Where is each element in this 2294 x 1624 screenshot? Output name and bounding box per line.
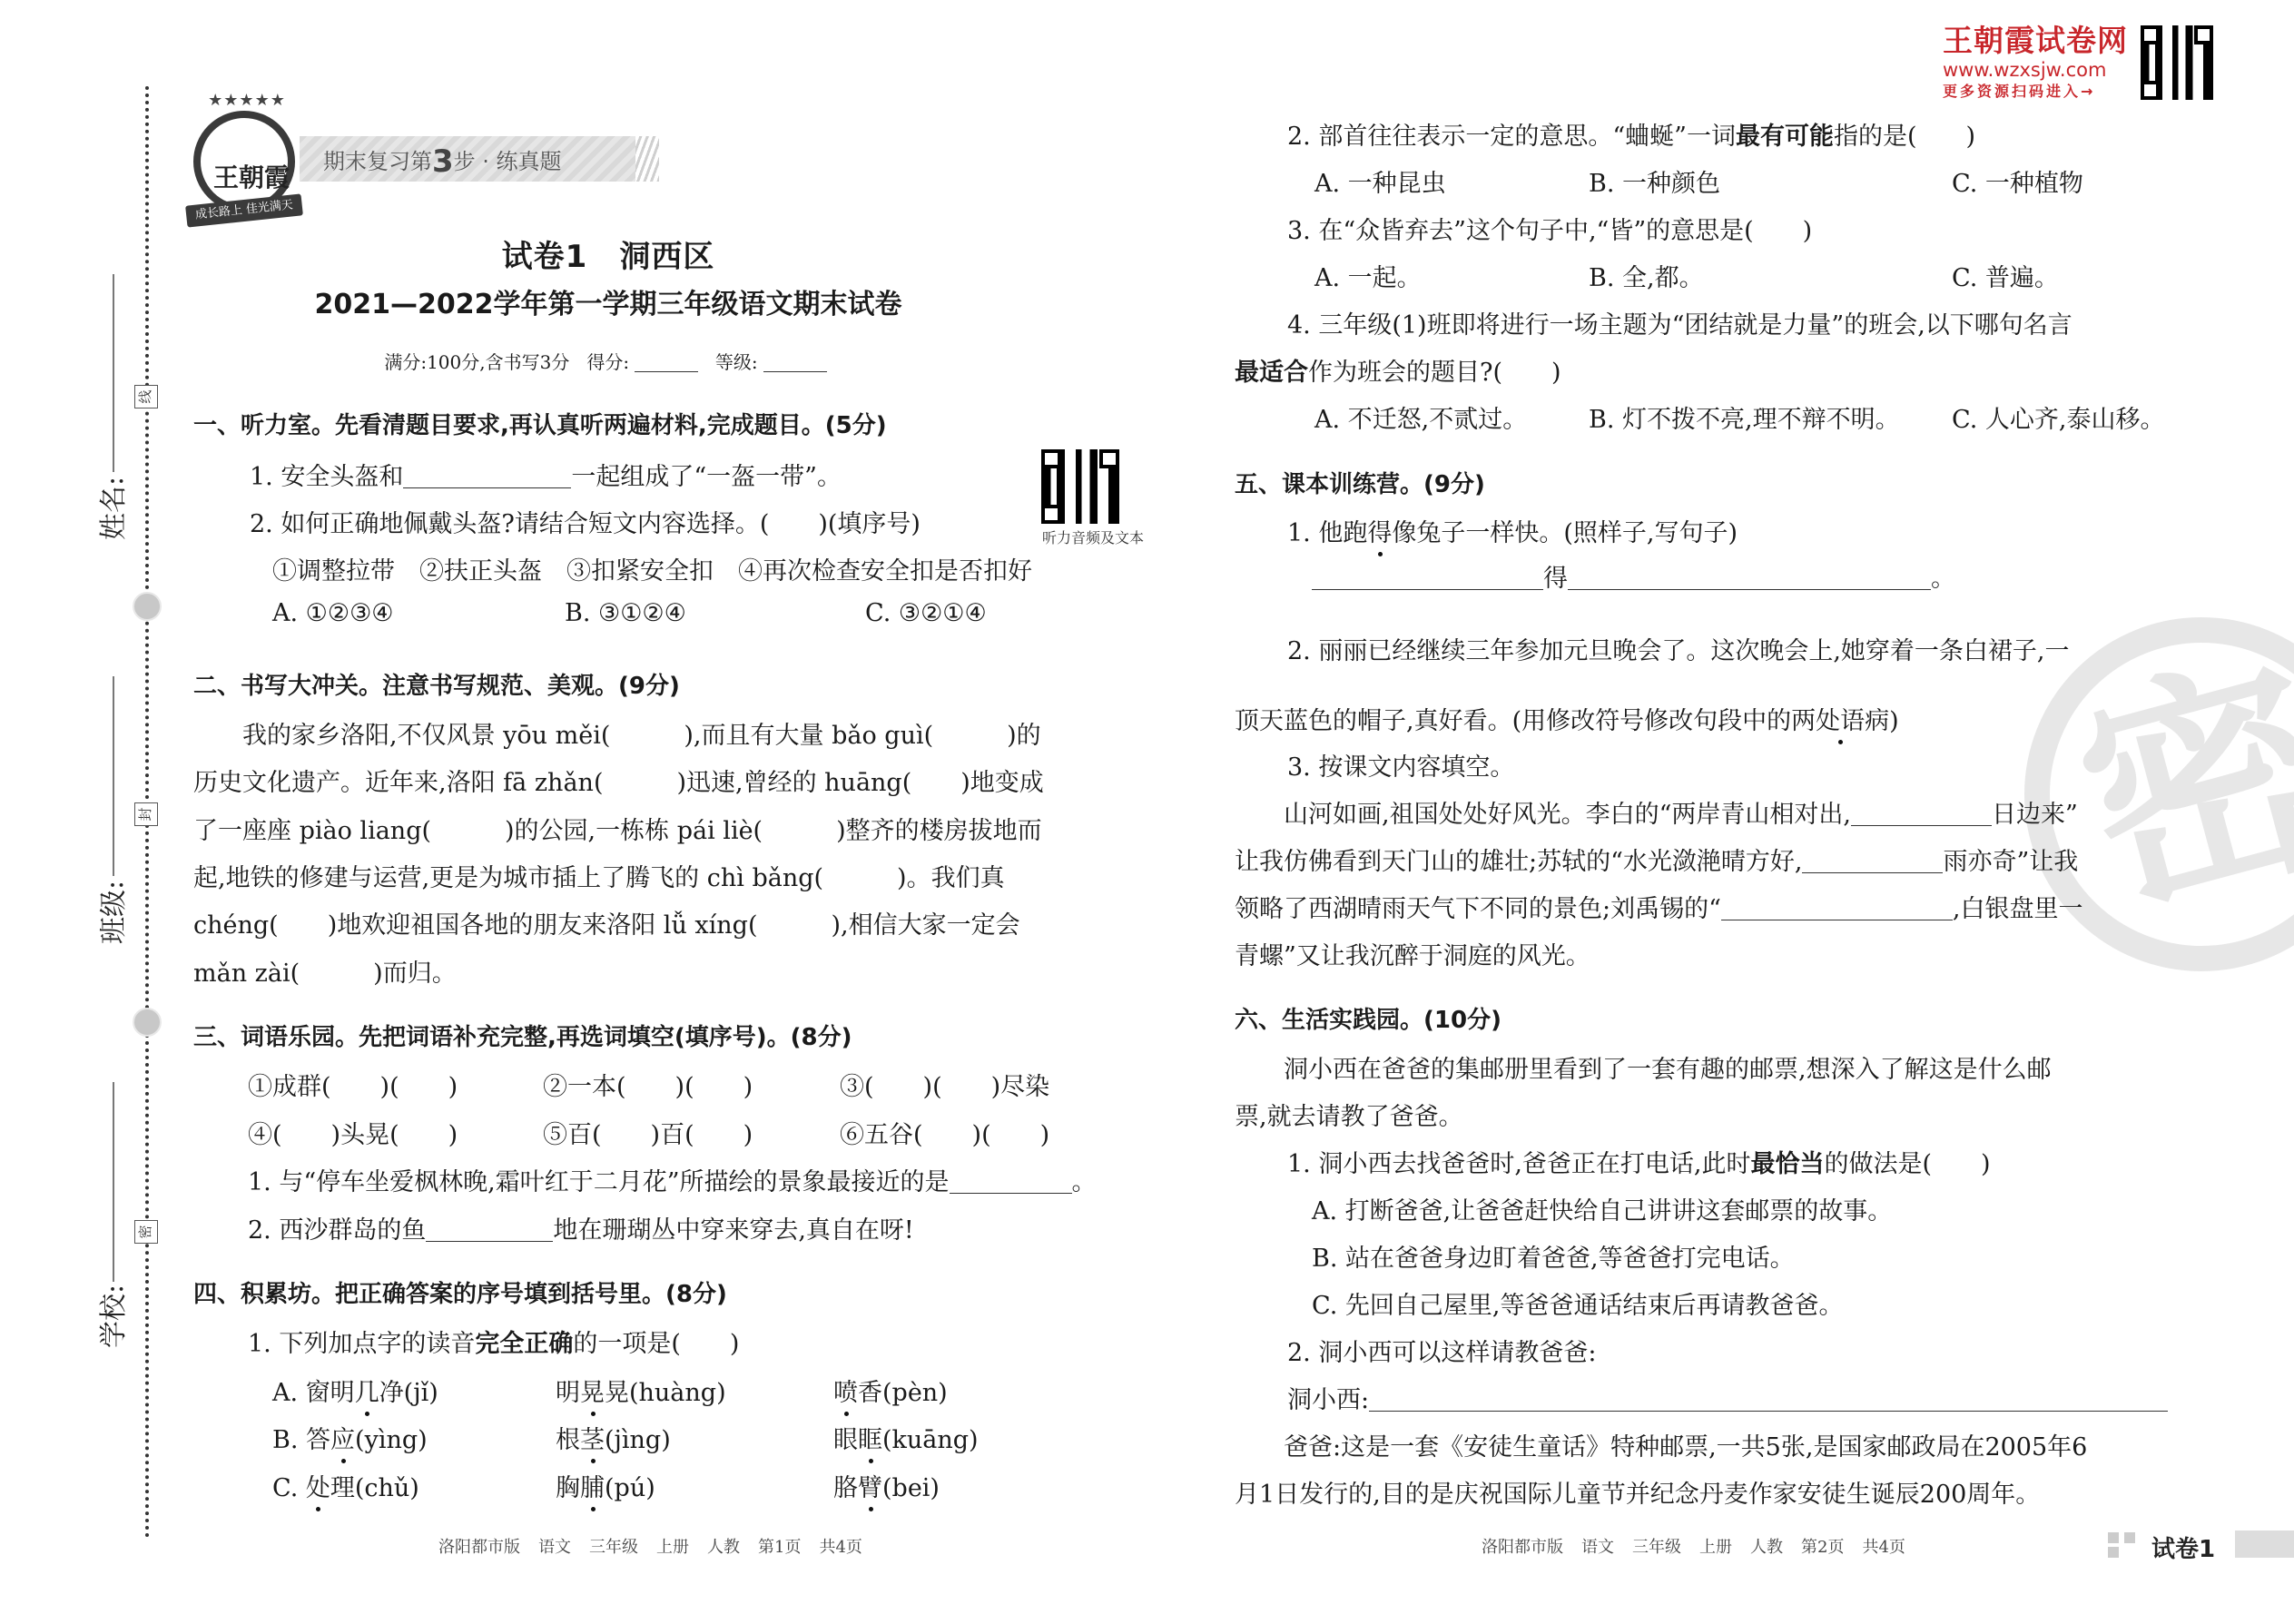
banner-stripes: [635, 136, 659, 182]
dotted-emphasis: 两处语病: [1791, 707, 1889, 735]
s4-row-b-item-3: 眼眶(kuāng): [833, 1420, 979, 1455]
footer-grade: 三年级: [1632, 1538, 1681, 1557]
footer-grade: 三年级: [589, 1538, 638, 1557]
listening-qr-code[interactable]: [1041, 449, 1119, 524]
s4-q2-text: 2. 部首往往表示一定的意思。“蛐蜒”一词: [1287, 123, 1736, 151]
tab-decoration: [2108, 1547, 2119, 1558]
paper-tab-label: 试卷1: [2151, 1530, 2215, 1564]
word-part: 眼: [833, 1426, 858, 1454]
exam-title: 试卷1 洞西区: [0, 231, 1216, 276]
paper-tab: 试卷1: [2108, 1530, 2294, 1561]
s6-dialog-kid: 洞小西:: [1287, 1380, 2168, 1415]
tab-decoration: [2124, 1532, 2135, 1543]
s6-q1-text: 1. 洞小西去找爸爸时,爸爸正在打电话,此时: [1287, 1150, 1751, 1178]
idiom-2[interactable]: ②一本( )( ): [543, 1067, 753, 1102]
banner-prefix: 期末复习第: [323, 149, 432, 174]
qr-finder: [1041, 505, 1061, 524]
s5-question-2-line-1[interactable]: 2. 丽丽已经继续三年参加元旦晚会了。这次晚会上,她穿着一条白裙子,一: [1287, 631, 2070, 666]
s5-q3-l3-text: 领略了西湖晴雨天气下不同的景色;刘禹锡的“: [1235, 895, 1721, 923]
s6-question-2: 2. 洞小西可以这样请教爸爸:: [1287, 1333, 1596, 1368]
idiom-1[interactable]: ①成群( )( ): [248, 1067, 458, 1102]
footer-total: 共4页: [819, 1538, 861, 1557]
s6-intro-2: 票,就去请教了爸爸。: [1235, 1097, 1463, 1132]
s5-q1-mid: 得: [1543, 565, 1568, 593]
footer-page: 第2页: [1801, 1538, 1844, 1557]
brand-qr-code[interactable]: [2141, 25, 2213, 100]
s5-q3-l3-end: ,白银盘里一: [1953, 895, 2083, 923]
s5-question-3: 3. 按课文内容填空。: [1287, 747, 1514, 782]
school-field-line[interactable]: [113, 1082, 114, 1282]
s3-q2-end: 地在珊瑚丛中穿来穿去,真自在呀!: [553, 1216, 913, 1245]
s4-question-2: 2. 部首往往表示一定的意思。“蛐蜒”一词最有可能指的是( ): [1287, 116, 1975, 152]
name-field-label: 姓名:: [91, 477, 131, 540]
left-page-footer: 洛阳都市版语文三年级上册人教第1页共4页: [438, 1534, 881, 1558]
grade-label: 等级:: [715, 351, 758, 373]
s6-dad-line-2: 月1日发行的,目的是庆祝国际儿童节并纪念丹麦作家安徒生诞辰200周年。: [1235, 1474, 2040, 1510]
brand-url[interactable]: www.wzxsjw.com: [1943, 59, 2138, 81]
footer-publisher: 人教: [1750, 1538, 1783, 1557]
s4-q4-option-c[interactable]: C. 人心齐,泰山移。: [1952, 399, 2164, 435]
poem-blank-2[interactable]: [1802, 872, 1943, 873]
banner-text: 期末复习第3步 · 练真题: [323, 143, 562, 180]
s4-q4-end[interactable]: 作为班会的题目?( ): [1308, 359, 1561, 387]
review-step-banner: 期末复习第3步 · 练真题: [300, 136, 635, 182]
right-page-footer: 洛阳都市版语文三年级上册人教第2页共4页: [1482, 1534, 1924, 1558]
footer-volume: 上册: [656, 1538, 689, 1557]
s6-q1-emphasis: 最恰当: [1751, 1150, 1825, 1178]
s5-q3-l2-text: 让我仿佛看到天门山的雄壮;苏轼的“水光潋滟晴方好,: [1235, 848, 1802, 876]
score-label: 得分:: [586, 351, 629, 373]
watermark-char: 密: [2060, 644, 2294, 932]
brand-name: 王朝霞试卷网: [1943, 23, 2138, 59]
s5-q3-line-1: 山河如画,祖国处处好风光。李白的“两岸青山相对出,日边来”: [1235, 794, 2078, 830]
s5-q1-blank-2[interactable]: [1568, 589, 1931, 590]
dotted-char: 脯: [580, 1474, 605, 1502]
class-field-label: 班级:: [91, 881, 131, 944]
dotted-char: 处: [306, 1474, 330, 1502]
s1-question-1: 1. 安全头盔和一起组成了“一盔一带”。: [250, 457, 842, 492]
banner-suffix: 步 · 练真题: [454, 149, 562, 174]
seal-emblem-icon: [133, 1008, 162, 1037]
dotted-char: 晃: [580, 1379, 605, 1407]
section-2-heading: 二、书写大冲关。注意书写规范、美观。(9分): [193, 667, 680, 701]
footer-edition: 洛阳都市版: [438, 1538, 520, 1557]
idiom-6[interactable]: ⑥五谷( )( ): [840, 1115, 1049, 1150]
s3-q2-blank[interactable]: [426, 1241, 553, 1242]
s3-question-1: 1. 与“停车坐爱枫林晚,霜叶红于二月花”所描绘的景象最接近的是。: [248, 1162, 1097, 1197]
row-label: A.: [272, 1379, 298, 1407]
s1-steps: ①调整拉带 ②扶正头盔 ③扣紧安全扣 ④再次检查安全扣是否扣好: [272, 551, 1032, 586]
section-3-heading: 三、词语乐园。先把词语补充完整,再选词填空(填序号)。(8分): [193, 1019, 852, 1052]
s6-intro-1: 洞小西在爸爸的集邮册里看到了一套有趣的邮票,想深入了解这是什么邮: [1235, 1049, 2052, 1085]
s5-q1-answer-line: 得。: [1312, 558, 1955, 594]
score-input[interactable]: [635, 371, 698, 372]
word-part: 根: [556, 1426, 580, 1454]
s5-q2-text: 顶天蓝色的帽子,真好看。(用修改符号修改句段中的: [1235, 707, 1791, 735]
banner-step-number: 3: [432, 143, 454, 180]
s6-q1-option-c[interactable]: C. 先回自己屋里,等爸爸通话结束后再请教爸爸。: [1312, 1285, 1843, 1321]
poem-blank-1[interactable]: [1851, 825, 1992, 826]
word-part: 胳: [833, 1474, 858, 1502]
word-pinyin: 香(pèn): [858, 1379, 948, 1407]
logo-stars-icon: ★★★★★: [197, 91, 297, 110]
grade-input[interactable]: [763, 371, 827, 372]
word-pinyin: (jìng): [605, 1426, 671, 1454]
word-pinyin: 晃(huàng): [605, 1379, 726, 1407]
s6-question-1: 1. 洞小西去找爸爸时,爸爸正在打电话,此时最恰当的做法是( ): [1287, 1144, 1991, 1179]
dotted-char: 得: [1367, 519, 1392, 547]
s4-question-1: 1. 下列加点字的读音完全正确的一项是( ): [248, 1324, 739, 1359]
tab-decoration: [2108, 1532, 2119, 1543]
publisher-logo: ★★★★★ 王朝霞 成长路上 佳光满天: [186, 91, 304, 227]
word-part: 明: [556, 1379, 580, 1407]
s6-dad-line-1: 爸爸:这是一套《安徒生童话》特种邮票,一共5张,是国家邮政局在2005年6: [1235, 1427, 2087, 1462]
word-part: 胸: [556, 1474, 580, 1502]
speaker-kid: 洞小西:: [1287, 1386, 1369, 1414]
s4-q4-emphasis: 最适合: [1235, 359, 1308, 387]
seal-char-line: 线: [134, 385, 158, 408]
row-label: C.: [272, 1474, 298, 1502]
class-field-line[interactable]: [113, 676, 114, 876]
idiom-3[interactable]: ③( )( )尽染: [840, 1067, 1049, 1102]
s1-option-c[interactable]: C. ③②①④: [865, 599, 987, 627]
s2-line-5[interactable]: chéng( )地欢迎祖国各地的朋友来洛阳 lǚ xíng( ),相信大家一定会: [193, 905, 1020, 940]
dotted-char: 几: [355, 1379, 379, 1407]
dotted-char: 眶: [858, 1426, 882, 1454]
seal-char-secret: 密: [134, 1220, 158, 1244]
s5-q3-l2-end: 雨亦奇”让我: [1943, 848, 2078, 876]
s4-q3-option-b[interactable]: B. 全,都。: [1589, 258, 1704, 293]
brand-block[interactable]: 王朝霞试卷网 www.wzxsjw.com 更多资源扫码进入→: [1943, 23, 2138, 103]
s5-q3-l1-text: 山河如画,祖国处处好风光。李白的“两岸青山相对出,: [1235, 801, 1851, 829]
dotted-char: 茎: [580, 1426, 605, 1454]
s5-q1-end: 像兔子一样快。(照样子,写句子): [1392, 519, 1738, 547]
word-pinyin: (kuāng): [882, 1426, 979, 1454]
s5-q3-line-2: 让我仿佛看到天门山的雄壮;苏轼的“水光潋滟晴方好,雨亦奇”让我: [1235, 842, 2078, 877]
footer-volume: 上册: [1699, 1538, 1732, 1557]
s2-line-4[interactable]: 起,地铁的修建与运营,更是为城市插上了腾飞的 chì bǎng( )。我们真: [193, 858, 1005, 893]
s4-question-4-line-2: 最适合作为班会的题目?( ): [1235, 352, 1561, 388]
s4-row-b-item-1[interactable]: B. 答应(yìng): [272, 1420, 428, 1455]
s2-line-1[interactable]: 我的家乡洛阳,不仅风景 yōu měi( ),而且有大量 bǎo guì( )的: [193, 715, 1041, 751]
seal-char-seal: 封: [134, 802, 158, 826]
s4-q3-option-a[interactable]: A. 一起。: [1314, 258, 1422, 293]
seal-emblem-icon: [133, 592, 162, 621]
brand-more: 更多资源扫码进入→: [1943, 81, 2138, 103]
s3-q1-text: 1. 与“停车坐爱枫林晚,霜叶红于二月花”所描绘的景象最接近的是: [248, 1168, 950, 1196]
footer-edition: 洛阳都市版: [1482, 1538, 1563, 1557]
s5-q3-line-4: 青螺”又让我沉醉于洞庭的风光。: [1235, 936, 1590, 971]
section-5-heading: 五、课本训练营。(9分): [1235, 466, 1485, 499]
s4-question-4-line-1: 4. 三年级(1)班即将进行一场主题为“团结就是力量”的班会,以下哪句名言: [1287, 305, 2072, 340]
s2-line-6[interactable]: mǎn zài( )而归。: [193, 953, 457, 989]
word-pinyin: (yìng): [355, 1426, 428, 1454]
poem-blank-3[interactable]: [1721, 920, 1953, 920]
s4-row-a-item-1[interactable]: A. 窗明几净(jǐ): [272, 1373, 438, 1408]
s5-q1-blank-1[interactable]: [1312, 589, 1543, 590]
s1-q1-text: 1. 安全头盔和: [250, 463, 403, 491]
s4-q1-end[interactable]: 的一项是( ): [573, 1330, 739, 1358]
qr-finder: [2141, 81, 2160, 100]
word-part: 答: [306, 1426, 330, 1454]
exam-subtitle: 2021—2022学年第一学期三年级语文期末试卷: [0, 281, 1216, 321]
footer-subject: 语文: [538, 1538, 571, 1557]
s5-q1-period: 。: [1931, 565, 1955, 593]
s3-q2-text: 2. 西沙群岛的鱼: [248, 1216, 426, 1245]
s3-question-2: 2. 西沙群岛的鱼地在珊瑚丛中穿来穿去,真自在呀!: [248, 1210, 914, 1245]
s5-q3-line-3: 领略了西湖晴雨天气下不同的景色;刘禹锡的“,白银盘里一: [1235, 889, 2083, 924]
s5-q1-text: 1. 他跑: [1287, 519, 1367, 547]
s4-q3-option-c[interactable]: C. 普遍。: [1952, 258, 2059, 293]
s3-q1-blank[interactable]: [950, 1193, 1072, 1194]
s5-q3-l1-end: 日边来”: [1992, 801, 2078, 829]
s4-question-3[interactable]: 3. 在“众皆弃去”这个句子中,“皆”的意思是( ): [1287, 211, 1812, 246]
footer-subject: 语文: [1581, 1538, 1614, 1557]
s4-row-b-item-2: 根茎(jìng): [556, 1420, 671, 1455]
s4-q2-emphasis: 最有可能: [1736, 123, 1834, 151]
logo-ribbon: 成长路上 佳光满天: [185, 193, 303, 227]
s4-q2-option-b[interactable]: B. 一种颜色: [1589, 163, 1720, 199]
s5-q2-end: ): [1889, 707, 1899, 735]
s1-q1-blank[interactable]: [403, 487, 571, 488]
s4-q2-option-c[interactable]: C. 一种植物: [1952, 163, 2083, 199]
word-pinyin: 净(jǐ): [379, 1379, 438, 1407]
s2-line-3[interactable]: 了一座座 piào liang( )的公园,一栋栋 pái liè( )整齐的楼…: [193, 811, 1042, 846]
dotted-char: 应: [330, 1426, 355, 1454]
footer-total: 共4页: [1862, 1538, 1905, 1557]
s6-q1-option-a[interactable]: A. 打断爸爸,让爸爸赶快给自己讲讲这套邮票的故事。: [1312, 1191, 1892, 1226]
word-pinyin: 理(chǔ): [330, 1474, 419, 1502]
s4-q4-option-b[interactable]: B. 灯不拨不亮,理不辩不明。: [1589, 399, 1900, 435]
idiom-5[interactable]: ⑤百( )百( ): [543, 1115, 753, 1150]
full-score-info: 满分:100分,含书写3分: [384, 351, 569, 373]
dotted-char: 臂: [858, 1474, 882, 1502]
section-4-heading: 四、积累坊。把正确答案的序号填到括号里。(8分): [193, 1275, 727, 1309]
qr-caption: 听力音频及文本: [1042, 527, 1144, 547]
word-pinyin: (pú): [605, 1474, 655, 1502]
school-field-label: 学校:: [91, 1284, 131, 1348]
s4-row-a-item-3: 喷香(pèn): [833, 1373, 948, 1408]
s5-question-1: 1. 他跑得像兔子一样快。(照样子,写句子): [1287, 513, 1738, 548]
s3-q1-end: 。: [1072, 1168, 1097, 1196]
s4-q1-text: 1. 下列加点字的读音: [248, 1330, 475, 1358]
section-1-heading: 一、听力室。先看清题目要求,再认真听两遍材料,完成题目。(5分): [193, 407, 887, 440]
s1-option-a[interactable]: A. ①②③④: [272, 599, 393, 627]
s4-row-c-item-2: 胸脯(pú): [556, 1468, 655, 1503]
idiom-4[interactable]: ④( )头晃( ): [248, 1115, 458, 1150]
word-pinyin: (bei): [882, 1474, 940, 1502]
s4-row-c-item-3: 胳臂(bei): [833, 1468, 940, 1503]
s6-q1-option-b[interactable]: B. 站在爸爸身边盯着爸爸,等爸爸打完电话。: [1312, 1238, 1795, 1274]
tab-grey-block: [2235, 1530, 2294, 1558]
logo-name: 王朝霞: [201, 158, 302, 194]
s4-q2-option-a[interactable]: A. 一种昆虫: [1314, 163, 1446, 199]
s5-question-2-line-2[interactable]: 顶天蓝色的帽子,真好看。(用修改符号修改句段中的两处语病): [1235, 701, 1899, 736]
s4-q2-end[interactable]: 指的是( ): [1834, 123, 1975, 151]
score-line: 满分:100分,含书写3分 得分: 等级:: [0, 348, 1216, 374]
s4-row-c-item-1[interactable]: C. 处理(chǔ): [272, 1468, 419, 1503]
s6-q1-end[interactable]: 的做法是( ): [1825, 1150, 1991, 1178]
s1-q1-text-end: 一起组成了“一盔一带”。: [571, 463, 842, 491]
s4-q1-emphasis: 完全正确: [475, 1330, 573, 1358]
word-part: 窗明: [306, 1379, 355, 1407]
s1-question-2: 2. 如何正确地佩戴头盔?请结合短文内容选择。( )(填序号): [250, 504, 921, 539]
s4-row-a-item-2: 明晃晃(huàng): [556, 1373, 726, 1408]
section-6-heading: 六、生活实践园。(10分): [1235, 1001, 1501, 1035]
footer-publisher: 人教: [707, 1538, 740, 1557]
s1-option-b[interactable]: B. ③①②④: [565, 599, 686, 627]
s2-line-2[interactable]: 历史文化遗产。近年来,洛阳 fā zhǎn( )迅速,曾经的 huāng( )地…: [193, 763, 1044, 798]
s4-q4-option-a[interactable]: A. 不迁怒,不贰过。: [1314, 399, 1527, 435]
dotted-char: 喷: [833, 1379, 858, 1407]
row-label: B.: [272, 1426, 298, 1454]
kid-answer-line[interactable]: [1369, 1411, 2168, 1412]
footer-page: 第1页: [758, 1538, 801, 1557]
